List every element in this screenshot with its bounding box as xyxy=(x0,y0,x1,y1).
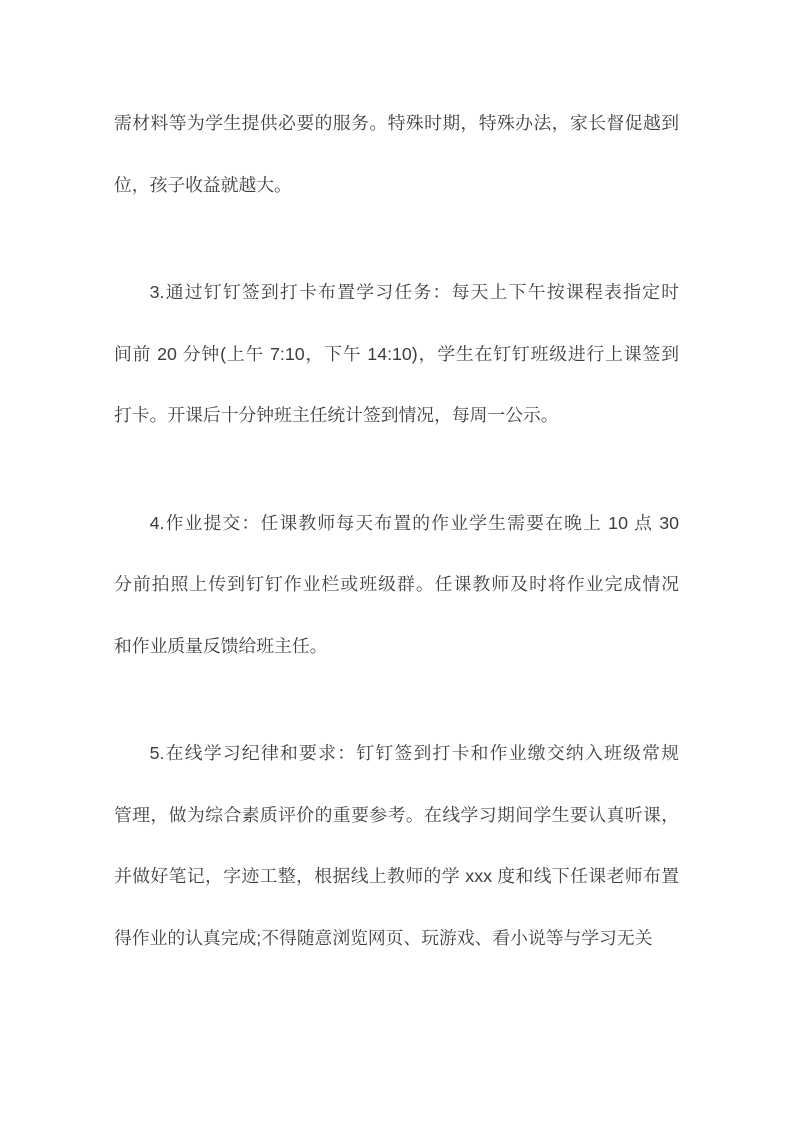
text-line: 分前拍照上传到钉钉作业栏或班级群。任课教师及时将作业完成情况 xyxy=(114,554,679,616)
paragraph: 4.作业提交：任课教师每天布置的作业学生需要在晚上 10 点 30分前拍照上传到… xyxy=(114,493,679,678)
paragraph: 3.通过钉钉签到打卡布置学习任务：每天上下午按课程表指定时间前 20 分钟(上午… xyxy=(114,262,679,447)
text-line: 并做好笔记，字迹工整，根据线上教师的学 xxx 度和线下任课老师布置 xyxy=(114,846,679,908)
text-line: 需材料等为学生提供必要的服务。特殊时期，特殊办法，家长督促越到 xyxy=(114,93,679,155)
text-line: 4.作业提交：任课教师每天布置的作业学生需要在晚上 10 点 30 xyxy=(114,493,679,555)
text-line: 5.在线学习纪律和要求：钉钉签到打卡和作业缴交纳入班级常规 xyxy=(114,723,679,785)
text-line: 管理，做为综合素质评价的重要参考。在线学习期间学生要认真听课， xyxy=(114,785,679,847)
text-line: 3.通过钉钉签到打卡布置学习任务：每天上下午按课程表指定时 xyxy=(114,262,679,324)
text-line: 和作业质量反馈给班主任。 xyxy=(114,616,679,678)
text-line: 位，孩子收益就越大。 xyxy=(114,155,679,217)
paragraph: 5.在线学习纪律和要求：钉钉签到打卡和作业缴交纳入班级常规管理，做为综合素质评价… xyxy=(114,723,679,969)
document-body: 需材料等为学生提供必要的服务。特殊时期，特殊办法，家长督促越到位，孩子收益就越大… xyxy=(114,93,679,969)
text-line: 间前 20 分钟(上午 7:10，下午 14:10)，学生在钉钉班级进行上课签到 xyxy=(114,324,679,386)
text-line: 得作业的认真完成;不得随意浏览网页、玩游戏、看小说等与学习无关 xyxy=(114,908,679,970)
paragraph: 需材料等为学生提供必要的服务。特殊时期，特殊办法，家长督促越到位，孩子收益就越大… xyxy=(114,93,679,216)
text-line: 打卡。开课后十分钟班主任统计签到情况，每周一公示。 xyxy=(114,385,679,447)
